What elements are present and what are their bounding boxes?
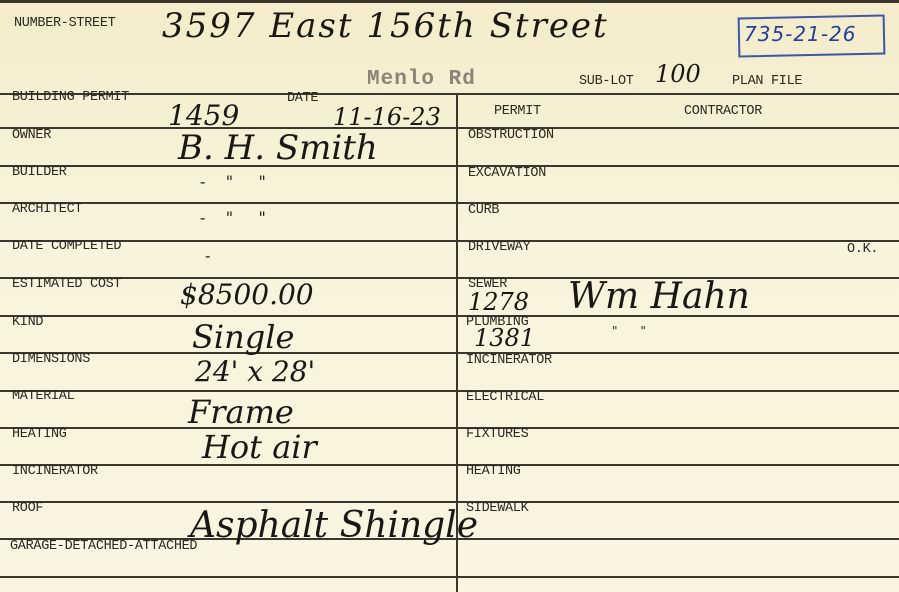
excavation-label: EXCAVATION	[468, 166, 546, 181]
architect-label: ARCHITECT	[12, 202, 82, 217]
file-number: 735-21-26	[744, 22, 857, 46]
sewer-permit-no: 1278	[468, 288, 529, 316]
builder-label: BUILDER	[12, 165, 67, 180]
builder-value: - " "	[200, 172, 266, 191]
building-permit-label: BUILDING PERMIT	[12, 90, 129, 105]
rule	[0, 127, 899, 129]
date-completed-value: -	[205, 246, 210, 265]
plan-file-label: PLAN FILE	[732, 74, 802, 89]
heating-permit-label: HEATING	[466, 464, 521, 479]
sidewalk-label: SIDEWALK	[466, 501, 528, 516]
rule	[0, 390, 899, 392]
material-label: MATERIAL	[12, 389, 74, 404]
sewer-contractor: Wm Hahn	[568, 276, 750, 317]
rule	[0, 240, 899, 242]
roof-value: Asphalt Shingle	[190, 505, 478, 546]
dimensions-label: DIMENSIONS	[12, 352, 90, 367]
rule	[0, 93, 899, 95]
date-label: DATE	[287, 91, 318, 106]
sub-lot-label: SUB-LOT	[579, 74, 634, 89]
fixtures-label: FIXTURES	[466, 427, 528, 442]
date-value: 11-16-23	[333, 103, 441, 131]
kind-value: Single	[192, 318, 294, 356]
garage-label: GARAGE-DETACHED-ATTACHED	[10, 539, 197, 554]
dimensions-value: 24' x 28'	[195, 355, 315, 388]
permit-header: PERMIT	[494, 104, 541, 119]
sub-lot-value: 100	[655, 60, 701, 88]
architect-value: - " "	[200, 208, 266, 227]
number-street-value: 3597 East 156th Street	[162, 6, 609, 46]
plumbing-permit-no: 1381	[474, 324, 535, 352]
incinerator-label: INCINERATOR	[12, 464, 98, 479]
estimated-cost-value: $8500.00	[180, 278, 314, 311]
plumbing-contractor: " "	[612, 324, 646, 338]
rule	[0, 576, 899, 578]
rule	[0, 277, 899, 279]
rule	[0, 464, 899, 466]
driveway-note: O.K.	[847, 242, 878, 257]
driveway-label: DRIVEWAY	[468, 240, 530, 255]
street-stamp: Menlo Rd	[367, 68, 476, 91]
rule	[0, 352, 899, 354]
rule	[0, 427, 899, 429]
card-top-edge	[0, 0, 899, 3]
contractor-header: CONTRACTOR	[684, 104, 762, 119]
permit-card: NUMBER-STREET 3597 East 156th Street 735…	[0, 0, 899, 592]
roof-label: ROOF	[12, 501, 43, 516]
owner-value: B. H. Smith	[178, 128, 378, 168]
incinerator-permit-label: INCINERATOR	[466, 353, 552, 368]
material-value: Frame	[188, 393, 294, 431]
estimated-cost-label: ESTIMATED COST	[12, 277, 121, 292]
obstruction-label: OBSTRUCTION	[468, 128, 554, 143]
number-street-label: NUMBER-STREET	[14, 16, 115, 31]
rule	[0, 501, 899, 503]
heating-label: HEATING	[12, 427, 67, 442]
curb-label: CURB	[468, 203, 499, 218]
owner-label: OWNER	[12, 128, 51, 143]
date-completed-label: DATE COMPLETED	[12, 239, 121, 254]
electrical-label: ELECTRICAL	[466, 390, 544, 405]
rule	[0, 165, 899, 167]
rule	[0, 202, 899, 204]
rule	[0, 315, 899, 317]
heating-value: Hot air	[202, 428, 317, 466]
kind-label: KIND	[12, 315, 43, 330]
